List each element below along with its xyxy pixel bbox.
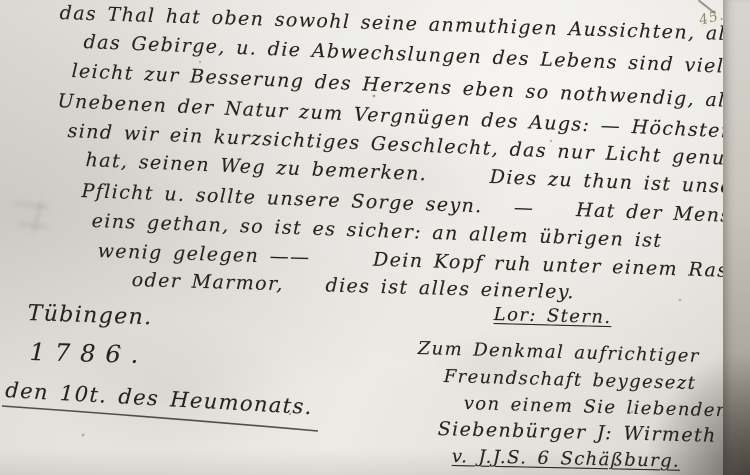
attribution-signature: Lor: Stern. [494,306,612,327]
bottom-shadow [0,449,750,475]
manuscript-photo: 45. das Thal hat oben sowohl seine anmut… [0,0,750,475]
manuscript-line: oder Marmor, dies ist alles einerley. [131,271,575,302]
dateline-year: 1786. [29,340,148,367]
dateline-place: Tübingen. [27,303,153,329]
show-through-mark [10,198,60,242]
